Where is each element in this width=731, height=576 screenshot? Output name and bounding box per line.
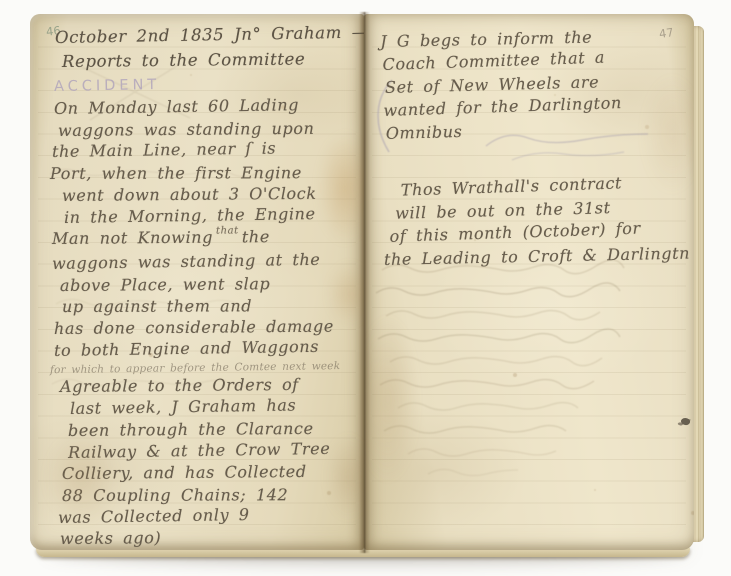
line-part: Man not Knowing [52,228,213,248]
right-page-text: J G begs to inform the Coach Committee t… [380,25,686,271]
manuscript-line: the Main Line, near ſ is [52,137,354,163]
binding-gutter [359,12,370,553]
stain [642,74,694,194]
open-minute-book: 46 October 2nd 1835 Jn° Graham — Reports… [28,10,704,560]
entry-date-heading: October 2nd 1835 Jn° Graham — [55,21,354,50]
manuscript-line: On Monday last 60 Lading [54,93,354,119]
line-part: the [242,227,270,246]
inserted-word-above-line: that [216,221,239,243]
manuscript-line: Port, when the first Engine [50,162,354,185]
heading-line: Reports to the Committee [62,47,354,74]
pencil-annotation-accident: ACCIDENT [54,77,160,95]
manuscript-line: in the Morning, the Engine [64,202,354,228]
foxing-specks [30,14,32,16]
right-page: 47 J G begs to inform the Coach Committe… [364,14,694,550]
manuscript-line: up against them and [62,295,354,318]
manuscript-line: to both Engine and Waggons [54,335,354,361]
manuscript-line: above Place, went slap [60,272,354,296]
stain [44,430,118,526]
stain [318,132,364,244]
manuscript-line: last week, J Graham has [70,394,354,420]
foxing-specks [394,34,396,36]
manuscript-line: weeks ago) [60,526,354,550]
manuscript-photo-stage: 46 October 2nd 1835 Jn° Graham — Reports… [0,0,731,576]
left-page: 46 October 2nd 1835 Jn° Graham — Reports… [30,14,364,550]
manuscript-line: waggons was standing at the [52,248,354,274]
